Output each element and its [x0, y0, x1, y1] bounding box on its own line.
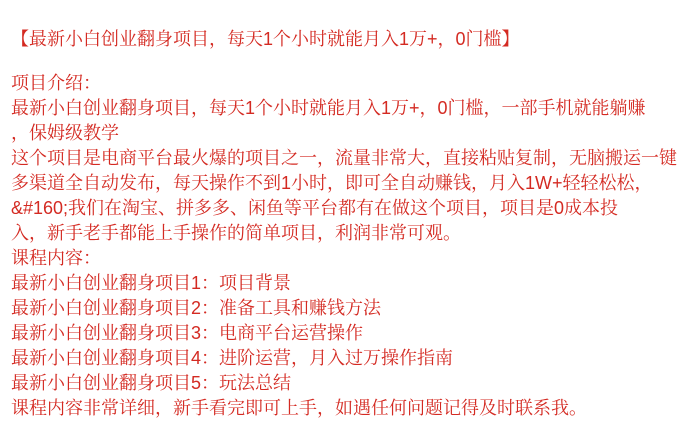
listing-body-text: 项目介绍： 最新小白创业翻身项目，每天1个小时就能月入1万+，0门槛，一部手机就… [11, 71, 682, 421]
listing-title: 【最新小白创业翻身项目，每天1个小时就能月入1万+，0门槛】 [11, 27, 682, 52]
listing-description-page: 【最新小白创业翻身项目，每天1个小时就能月入1万+，0门槛】 项目介绍： 最新小… [0, 0, 692, 421]
page: { "page": { "background_color": "#ffffff… [0, 0, 692, 432]
